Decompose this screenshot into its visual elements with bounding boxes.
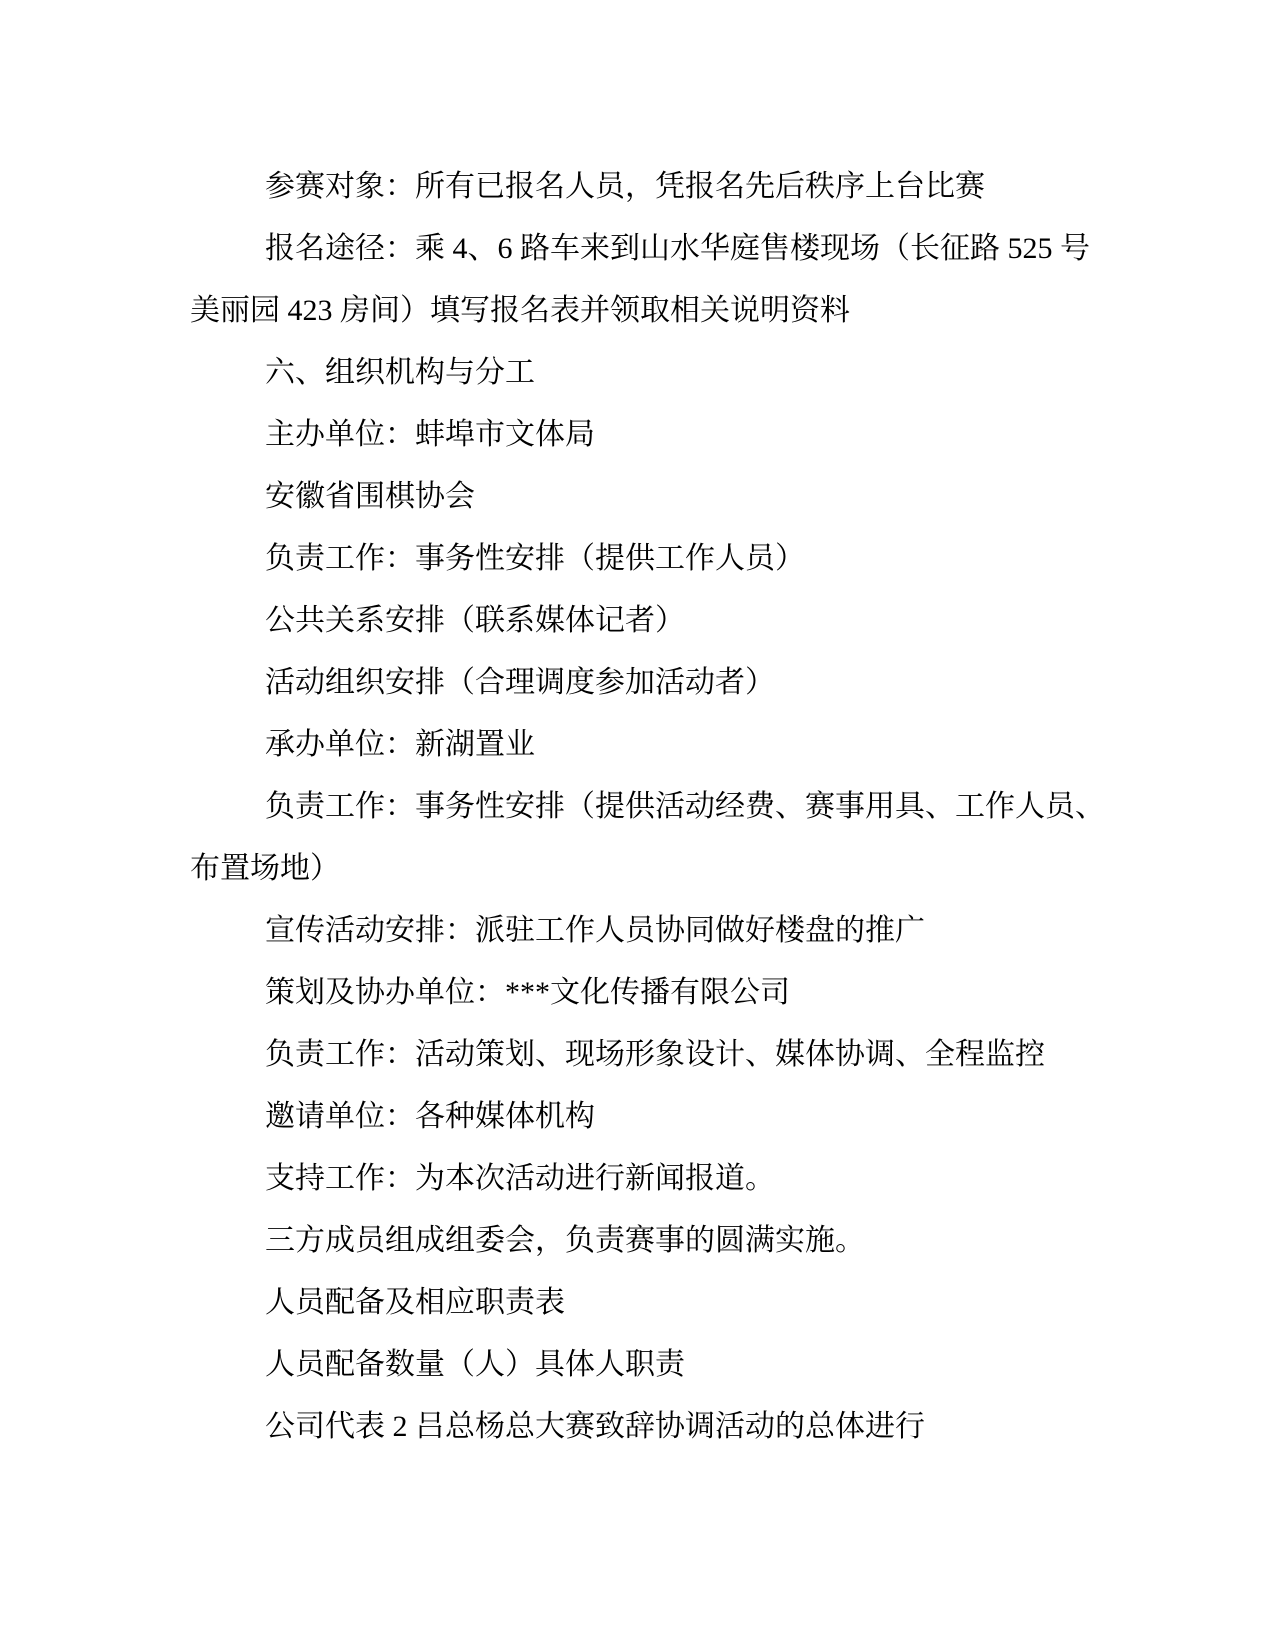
paragraph-line: 参赛对象：所有已报名人员，凭报名先后秩序上台比赛 [190, 156, 1090, 218]
paragraph-line: 人员配备及相应职责表 [190, 1272, 1090, 1334]
document-body: 参赛对象：所有已报名人员，凭报名先后秩序上台比赛报名途径：乘 4、6 路车来到山… [190, 156, 1090, 1458]
document-page: 参赛对象：所有已报名人员，凭报名先后秩序上台比赛报名途径：乘 4、6 路车来到山… [0, 0, 1275, 1650]
paragraph-line: 美丽园 423 房间）填写报名表并领取相关说明资料 [190, 280, 1090, 342]
paragraph-line: 公共关系安排（联系媒体记者） [190, 590, 1090, 652]
paragraph-line: 主办单位：蚌埠市文体局 [190, 404, 1090, 466]
paragraph-line: 邀请单位：各种媒体机构 [190, 1086, 1090, 1148]
paragraph-line: 报名途径：乘 4、6 路车来到山水华庭售楼现场（长征路 525 号 [190, 218, 1090, 280]
paragraph-line: 六、组织机构与分工 [190, 342, 1090, 404]
paragraph-line: 负责工作：事务性安排（提供活动经费、赛事用具、工作人员、 [190, 776, 1090, 838]
paragraph-line: 人员配备数量（人）具体人职责 [190, 1334, 1090, 1396]
paragraph-line: 负责工作：事务性安排（提供工作人员） [190, 528, 1090, 590]
paragraph-line: 宣传活动安排：派驻工作人员协同做好楼盘的推广 [190, 900, 1090, 962]
paragraph-line: 公司代表 2 吕总杨总大赛致辞协调活动的总体进行 [190, 1396, 1090, 1458]
paragraph-line: 策划及协办单位：***文化传播有限公司 [190, 962, 1090, 1024]
paragraph-line: 支持工作：为本次活动进行新闻报道。 [190, 1148, 1090, 1210]
paragraph-line: 布置场地） [190, 838, 1090, 900]
paragraph-line: 承办单位：新湖置业 [190, 714, 1090, 776]
paragraph-line: 活动组织安排（合理调度参加活动者） [190, 652, 1090, 714]
paragraph-line: 负责工作：活动策划、现场形象设计、媒体协调、全程监控 [190, 1024, 1090, 1086]
paragraph-line: 三方成员组成组委会，负责赛事的圆满实施。 [190, 1210, 1090, 1272]
paragraph-line: 安徽省围棋协会 [190, 466, 1090, 528]
